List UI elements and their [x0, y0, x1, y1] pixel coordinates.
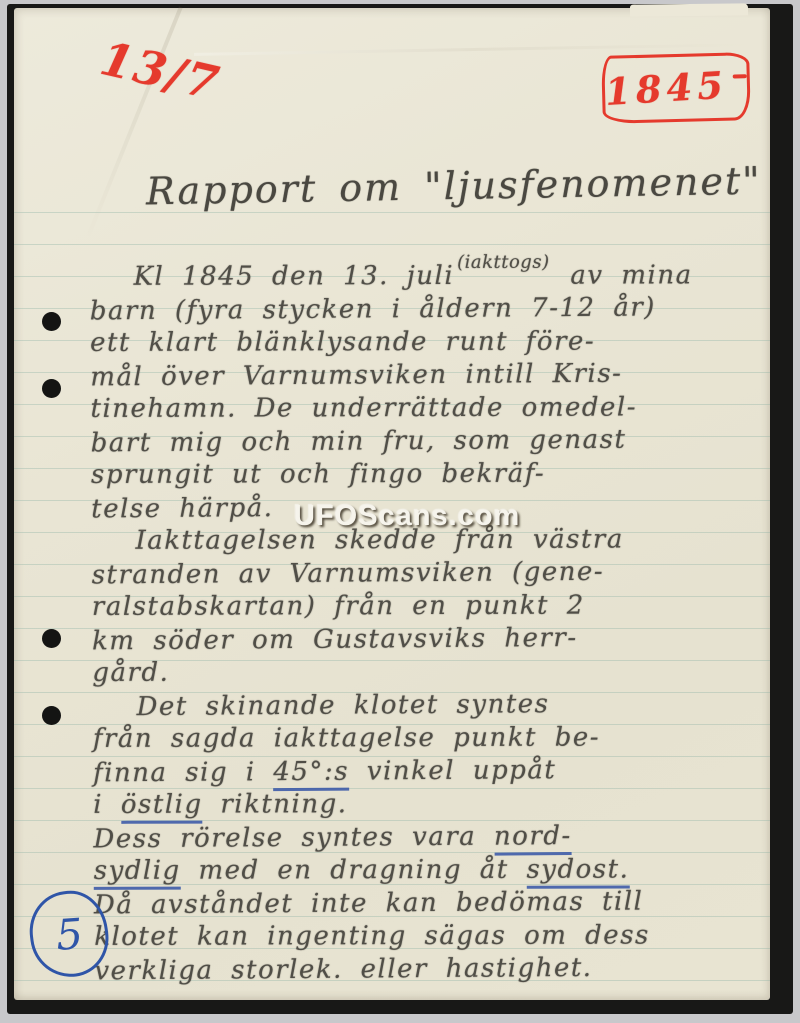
blue-underlined-word: nord-: [494, 821, 572, 856]
handwritten-text: med en dragning åt: [181, 855, 527, 886]
handwritten-text: sprungit ut och fingo bekräf-: [91, 459, 545, 490]
hand-line: ett klart blänklysande runt före-: [90, 325, 774, 360]
page-title: Rapport om "ljusfenomenet": [146, 159, 762, 214]
insertion-note: (iakttogs): [457, 252, 550, 273]
blue-underlined-word: 45°:s: [273, 757, 349, 792]
paper: 13/7 1845 Rapport om "ljusfenomenet" Kl …: [14, 8, 770, 1000]
handwritten-text: vinkel uppåt: [349, 755, 556, 786]
handwritten-text: finna sig i: [93, 757, 274, 788]
scan-background: 13/7 1845 Rapport om "ljusfenomenet" Kl …: [0, 0, 800, 1023]
hand-line: Det skinande klotet syntes: [92, 687, 776, 725]
hand-line: finna sig i 45°:s vinkel uppåt: [93, 753, 777, 791]
handwritten-text: mål över Varnumsviken intill Kris-: [90, 359, 622, 393]
handwritten-text: Det skinande klotet syntes: [136, 689, 549, 722]
red-id-number: 1845: [604, 63, 729, 114]
hand-line: sydlig med en dragning åt sydost.: [94, 853, 778, 888]
watermark: UFOScans.com: [294, 500, 520, 533]
manuscript-text: Kl 1845 den 13. juli(iakttogs) av minaba…: [89, 258, 778, 989]
handwritten-text: tinehamn. De underrättade omedel-: [90, 392, 637, 423]
blue-underlined-word: östlig: [121, 790, 203, 824]
hand-line: klotet kan ingenting sägas om dess: [94, 919, 778, 954]
blue-underlined-word: sydost.: [526, 854, 629, 888]
handwritten-text: av mina: [553, 260, 693, 290]
handwritten-text: i: [93, 790, 121, 820]
hand-line: barn (fyra stycken i åldern 7-12 år): [90, 291, 774, 329]
hand-line: gård.: [92, 655, 776, 690]
hand-line: mål över Varnumsviken intill Kris-: [90, 357, 774, 395]
handwritten-text: ett klart blänklysande runt före-: [90, 327, 595, 358]
handwritten-text: från sagda iakttagelse punkt be-: [93, 723, 600, 754]
punch-hole: [42, 706, 61, 725]
hand-line: i östlig riktning.: [93, 787, 777, 822]
handwritten-text: km söder om Gustavsviks herr-: [92, 623, 578, 656]
punch-hole: [42, 629, 61, 648]
handwritten-text: ralstabskartan) från en punkt 2: [92, 591, 585, 622]
hand-line: Då avståndet inte kan bedömas till: [94, 885, 778, 923]
handwritten-text: klotet kan ingenting sägas om dess: [94, 920, 650, 951]
handwritten-text: Kl 1845 den 13. juli: [134, 261, 455, 292]
hand-line: stranden av Varnumsviken (gene-: [92, 555, 776, 593]
hand-line: km söder om Gustavsviks herr-: [92, 621, 776, 659]
handwritten-text: bart mig och min fru, som genast: [91, 425, 627, 459]
handwritten-text: telse härpå.: [91, 493, 273, 524]
hand-line: Dess rörelse syntes vara nord-: [93, 819, 777, 857]
handwritten-text: verkliga storlek. eller hastighet.: [94, 953, 592, 986]
red-dash-stroke: [733, 74, 747, 78]
handwritten-text: gård.: [92, 658, 169, 688]
red-id-box: 1845: [601, 52, 751, 124]
punch-hole: [42, 312, 61, 331]
hand-line: tinehamn. De underrättade omedel-: [90, 391, 774, 426]
hand-line: från sagda iakttagelse punkt be-: [93, 721, 777, 756]
hand-line: bart mig och min fru, som genast: [91, 423, 775, 461]
hand-line: verkliga storlek. eller hastighet.: [94, 951, 778, 989]
handwritten-text: riktning.: [203, 789, 348, 819]
handwritten-text: stranden av Varnumsviken (gene-: [92, 557, 605, 591]
paper-edge-tab: [630, 3, 748, 16]
hand-line: Kl 1845 den 13. juli(iakttogs) av mina: [90, 259, 774, 294]
blue-underlined-word: sydlig: [94, 856, 181, 890]
hand-line: sprungit ut och fingo bekräf-: [91, 457, 775, 492]
handwritten-text: Då avståndet inte kan bedömas till: [94, 887, 644, 921]
page-number: 5: [54, 909, 84, 960]
hand-line: ralstabskartan) från en punkt 2: [92, 589, 776, 624]
handwritten-text: Dess rörelse syntes vara: [93, 822, 494, 855]
red-date-annotation: 13/7: [95, 31, 225, 111]
handwritten-text: barn (fyra stycken i åldern 7-12 år): [90, 292, 656, 326]
punch-hole: [42, 379, 61, 398]
